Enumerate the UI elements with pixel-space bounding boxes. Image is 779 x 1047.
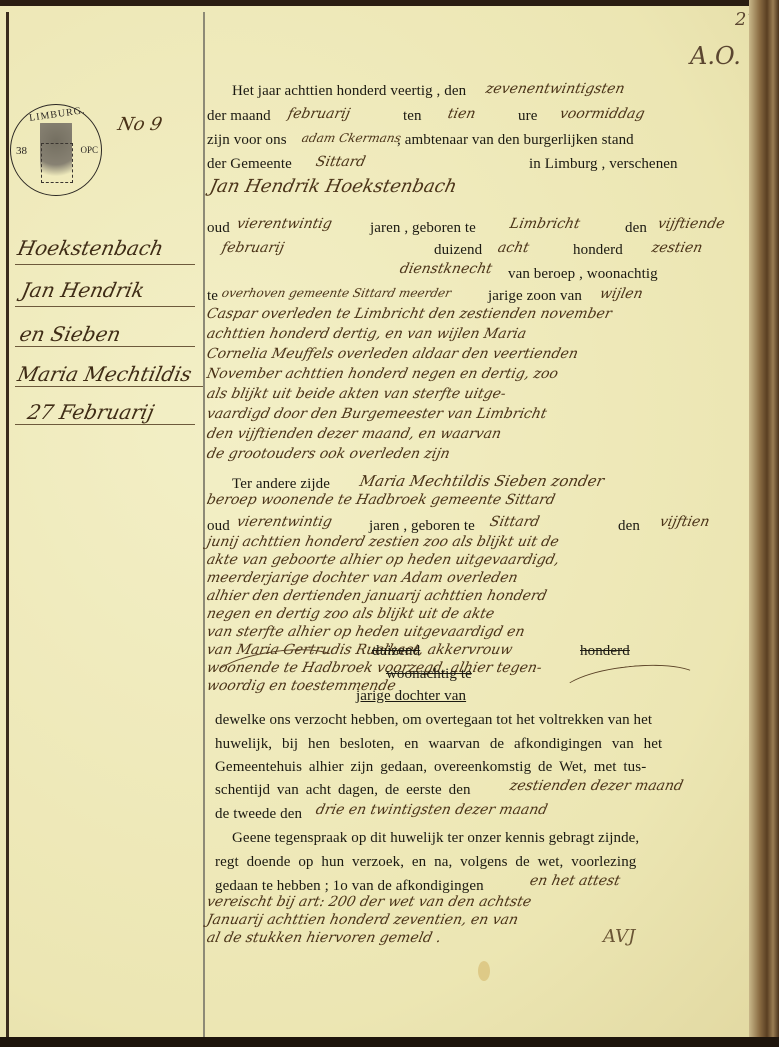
printed-in-limburg: in Limburg , verschenen <box>529 156 678 173</box>
margin-rule <box>203 12 205 1044</box>
groom-age: vierentwintig <box>235 216 333 232</box>
groom-birth-year-b: zestien <box>650 240 704 256</box>
paragraph-2-line: regt doende op hun verzoek, en na, volge… <box>215 854 636 871</box>
printed-jaren-geboren-bride: jaren , geboren te <box>369 518 475 535</box>
printed-der-gemeente: der Gemeente <box>207 156 292 173</box>
bride-parents-line: meerderjarige dochter van Adam overleden <box>205 570 519 586</box>
paragraph-2-line: Geene tegenspraak op dit huwelijk ter on… <box>232 830 639 847</box>
struck-duizend: duizend <box>372 643 420 660</box>
printed-ten: ten <box>403 108 422 125</box>
bride-birthplace: Sittard <box>488 514 541 530</box>
hand-time-of-day: voormiddag <box>558 106 646 122</box>
bride-parents-line: akte van geboorte alhier op heden uitgev… <box>205 552 561 568</box>
register-page: 27 A.O. No 9 LIMBURG. 38 OPC Hoekstenbac… <box>0 6 762 1038</box>
groom-residence: overhoven gemeente Sittard meerder <box>221 286 453 300</box>
groom-birth-month: februarij <box>220 240 285 256</box>
printed-ambtenaar: , ambtenaar van den burgerlijken stand <box>397 132 634 149</box>
struck-woonachtig: woonachtig te <box>386 666 472 683</box>
hand-month: februarij <box>286 106 351 122</box>
margin-name-3: Maria Mechtildis <box>15 362 193 386</box>
groom-parents-line: Caspar overleden te Limbricht den zestie… <box>205 306 613 322</box>
paper-stain <box>478 961 490 981</box>
margin-rule-line <box>15 346 195 347</box>
printed-te: te <box>207 288 218 305</box>
groom-occupation: dienstknecht <box>398 261 493 277</box>
margin-rule-line <box>15 424 195 425</box>
printed-ter-andere-zijde: Ter andere zijde <box>232 476 330 493</box>
stamp-left-text: 38 <box>16 145 27 157</box>
strike-flourish <box>558 659 704 716</box>
bride-name: Maria Mechtildis Sieben zonder <box>358 472 606 490</box>
margin-rule-line <box>15 306 195 307</box>
printed-zijn-voor-ons: zijn voor ons <box>207 132 287 149</box>
margin-rule-line <box>15 386 203 387</box>
book-bottom-edge <box>0 1037 779 1047</box>
groom-birthplace: Limbricht <box>508 216 581 232</box>
struck-honderd: honderd <box>580 643 630 660</box>
printed-duizend: duizend <box>434 242 482 259</box>
bride-residence: beroep woonende te Hadbroek gemeente Sit… <box>205 492 556 508</box>
bride-parents-line: alhier den dertienden januarij achttien … <box>205 588 548 604</box>
printed-line-1: Het jaar achttien honderd veertig , den <box>232 83 466 100</box>
margin-rule-line <box>15 264 195 265</box>
bride-parents-line: junij achttien honderd zestien zoo als b… <box>205 534 560 550</box>
groom-parents-line: den vijftienden dezer maand, en waarvan <box>205 426 502 442</box>
printed-de-tweede-den: de tweede den <box>215 806 302 823</box>
margin-name-0: Hoekstenbach <box>15 236 165 260</box>
margin-name-2: en Sieben <box>17 322 123 346</box>
margin-name-1: Jan Hendrik <box>19 278 146 302</box>
record-number: No 9 <box>116 114 164 135</box>
shield-icon <box>41 143 73 183</box>
hand-official-name: adam Ckermans <box>301 131 403 145</box>
printed-jaren-geboren: jaren , geboren te <box>370 220 476 237</box>
first-proclamation-date: zestienden dezer maand <box>508 778 684 794</box>
folio-mark: A.O. <box>690 42 741 70</box>
printed-oud-bride: oud <box>207 518 230 535</box>
margin-name-4: 27 Februarij <box>25 400 156 424</box>
groom-parents-line: Cornelia Meuffels overleden aldaar den v… <box>205 346 579 362</box>
groom-name: Jan Hendrik Hoekstenbach <box>208 176 459 197</box>
struck-jarige-dochter: jarige dochter van <box>356 688 466 705</box>
book-binding-edge <box>749 0 779 1047</box>
closing-hand-line: vereischt bij art: 200 der wet van den a… <box>205 894 533 910</box>
printed-ure: ure <box>518 108 537 125</box>
bride-parents-line: van sterfte alhier op heden uitgevaardig… <box>205 624 526 640</box>
hand-hour: tien <box>446 106 477 122</box>
paragraph-1-line: Gemeentehuis alhier zijn gedaan, overeen… <box>215 759 646 776</box>
printed-honderd: honderd <box>573 242 623 259</box>
groom-parents-line: als blijkt uit beide akten van sterfte u… <box>205 386 507 402</box>
printed-den: den <box>625 220 647 237</box>
closing-hand-line: en het attest <box>528 873 621 889</box>
paragraph-1-line: schentijd van acht dagen, de eerste den <box>215 782 471 799</box>
groom-birth-day: vijftiende <box>656 216 726 232</box>
bride-parents-line: negen en dertig zoo als blijkt uit de ak… <box>205 606 496 622</box>
closing-hand-line: Januarij achttien honderd zeventien, en … <box>205 912 519 928</box>
bride-birth-day: vijftien <box>658 514 711 530</box>
limburg-stamp: LIMBURG. 38 OPC <box>10 104 102 196</box>
printed-der-maand: der maand <box>207 108 271 125</box>
paragraph-1-line: huwelijk, bij hen besloten, en waarvan d… <box>215 736 662 753</box>
hand-wijlen: wijlen <box>598 286 644 302</box>
hand-day: zevenentwintigsten <box>484 81 626 97</box>
groom-parents-line: vaardigd door den Burgemeester van Limbr… <box>205 406 548 422</box>
groom-parents-line: achttien honderd dertig, en van wijlen M… <box>205 326 528 342</box>
printed-jarige-zoon: jarige zoon van <box>488 288 582 305</box>
paragraph-1-line: dewelke ons verzocht hebben, om overtega… <box>215 712 652 729</box>
printed-van-beroep: van beroep , woonachtig <box>508 266 658 283</box>
printed-oud: oud <box>207 220 230 237</box>
groom-parents-line: November achttien honderd negen en derti… <box>205 366 559 382</box>
groom-parents-line: de grootouders ook overleden zijn <box>205 446 451 462</box>
bride-age: vierentwintig <box>235 514 333 530</box>
stamp-top-text: LIMBURG. <box>29 105 87 124</box>
hand-municipality: Sittard <box>314 154 367 170</box>
printed-den-bride: den <box>618 518 640 535</box>
page-left-edge <box>6 12 9 1044</box>
paragraph-2-line: gedaan te hebben ; 1o van de afkondiging… <box>215 878 484 895</box>
groom-birth-year-a: acht <box>496 240 530 256</box>
closing-hand-line: al de stukken hiervoren gemeld . <box>205 930 442 946</box>
stamp-right-text: OPC <box>80 145 98 155</box>
paraph-initials: AVJ <box>603 926 635 947</box>
second-proclamation-date: drie en twintigsten dezer maand <box>314 802 549 818</box>
